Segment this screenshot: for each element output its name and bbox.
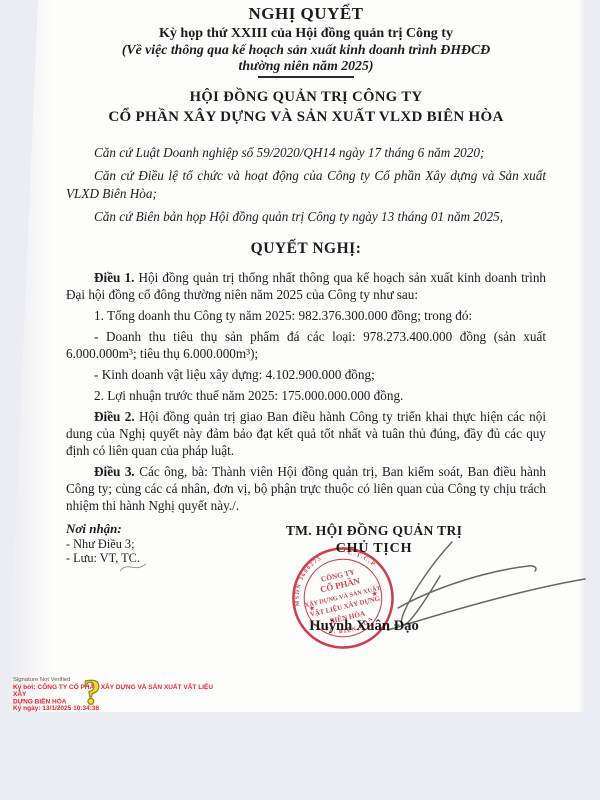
subject-line-2: thường niên năm 2025) [66,58,546,74]
article-1-label: Điều 1. [94,270,134,285]
article-2: Điều 2. Hội đồng quản trị giao Ban điều … [66,408,546,459]
article-1-item: 1. Tổng doanh thu Công ty năm 2025: 982.… [66,307,546,324]
recipients-heading: Nơi nhận: [66,522,241,537]
recipients-list: - Như Điều 3;- Lưu: VT, TC. [66,537,241,566]
article-2-label: Điều 2. [94,409,135,424]
preamble-paragraph: Căn cứ Luật Doanh nghiệp số 59/2020/QH14… [66,144,546,162]
issuer-line-1: HỘI ĐỒNG QUẢN TRỊ CÔNG TY [66,88,546,107]
article-1: Điều 1. Hội đồng quản trị thống nhất thô… [66,269,546,303]
issuer-line-2: CỔ PHẦN XÂY DỰNG VÀ SẢN XUẤT VLXD BIÊN H… [66,107,546,127]
recipients-block: Nơi nhận: - Như Điều 3;- Lưu: VT, TC. [66,522,241,635]
article-1-text: Hội đồng quản trị thống nhất thông qua k… [66,270,546,302]
article-1-item: 2. Lợi nhuận trước thuế năm 2025: 175.00… [66,387,546,404]
digital-signature-status: Signature Not Verified [13,676,218,683]
article-3: Điều 3. Các ông, bà: Thành viên Hội đồng… [66,463,546,514]
recipient-line: - Như Điều 3; [66,537,241,552]
digital-signature-signer-line-1: Ký bởi: CÔNG TY CỔ PHẦN XÂY DỰNG VÀ SẢN … [13,684,218,698]
preamble-section: Căn cứ Luật Doanh nghiệp số 59/2020/QH14… [66,144,546,226]
preamble-paragraph: Căn cứ Biên bản họp Hội đồng quản trị Cô… [66,208,546,226]
document-title: NGHỊ QUYẾT [66,3,546,25]
digital-signature-block: Signature Not Verified Ký bởi: CÔNG TY C… [13,676,218,712]
articles-section: Điều 1. Hội đồng quản trị thống nhất thô… [66,269,546,514]
article-3-label: Điều 3. [94,464,135,479]
subject-line-1: (Về việc thông qua kế hoạch sản xuất kin… [66,42,546,58]
preamble-paragraph: Căn cứ Điều lệ tổ chức và hoạt động của … [66,167,546,203]
pen-flourish [118,559,148,575]
document-content: NGHỊ QUYẾT Kỳ họp thứ XXIII của Hội đồng… [66,0,546,518]
article-3-text: Các ông, bà: Thành viên Hội đồng quản tr… [66,464,546,513]
session-line: Kỳ họp thứ XXIII của Hội đồng quản trị C… [66,25,546,42]
handwritten-signature [300,538,592,650]
resolve-heading: QUYẾT NGHỊ: [66,239,546,259]
digital-signature-date: Ký ngày: 13/1/2025 10:34:36 [13,705,218,712]
scanned-resolution-screenshot: { "document": { "kind_title": "NGHỊ QUYẾ… [0,0,600,800]
article-1-item: - Kinh doanh vật liệu xây dựng: 4.102.90… [66,366,546,383]
article-1-items: 1. Tổng doanh thu Công ty năm 2025: 982.… [66,307,546,404]
subject-underline-rule [258,76,354,78]
signature-warning-question-mark-icon: ? [83,671,101,713]
recipient-line: - Lưu: VT, TC. [66,551,241,566]
article-2-text: Hội đồng quản trị giao Ban điều hành Côn… [66,409,546,458]
article-1-item: - Doanh thu tiêu thụ sản phẩm đá các loạ… [66,328,546,362]
